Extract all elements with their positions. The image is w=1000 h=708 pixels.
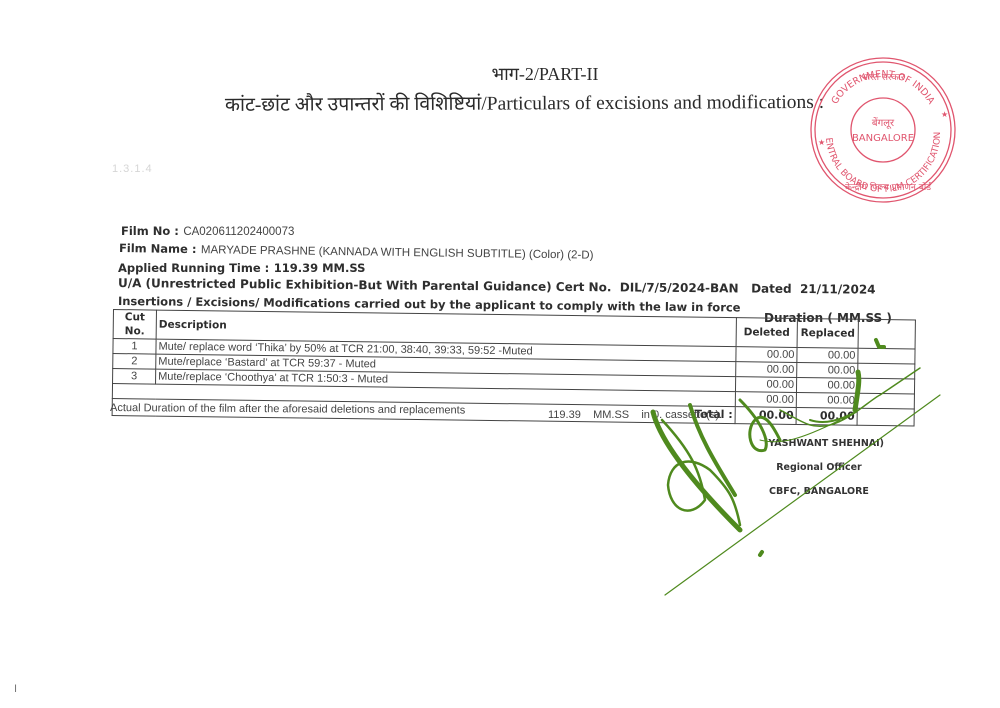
replaced: 00.00 — [796, 392, 857, 408]
certificate-category: U/A (Unrestricted Public Exhibition-But … — [118, 276, 552, 294]
film-no-line: Film No : CA020611202400073 — [121, 222, 294, 240]
stamp-center-hindi: बेंगलूर — [872, 117, 895, 129]
deleted: 00.00 — [736, 362, 797, 378]
header-deleted: Deleted — [736, 318, 797, 348]
cut-no: 3 — [113, 369, 156, 385]
extra-cell — [857, 408, 914, 426]
extra-cell — [857, 378, 914, 394]
signatory-block: (YASHWANT SHEHNAI) Regional Officer CBFC… — [764, 438, 874, 510]
official-stamp-icon: GOVERNMENT OF INDIA CENTRAL BOARD OF FIL… — [808, 55, 958, 205]
cert-no-value: DIL/7/5/2024-BAN — [620, 280, 739, 295]
extra-cell — [857, 393, 914, 409]
stamp-star-icon: ★ — [818, 138, 825, 147]
film-no-value: CA020611202400073 — [183, 226, 294, 238]
actual-duration-unit: MM.SS — [593, 409, 629, 421]
total-replaced: 00.00 — [796, 407, 857, 425]
signatory-name: (YASHWANT SHEHNAI) — [764, 438, 874, 462]
running-time-value: 119.39 MM.SS — [274, 261, 366, 275]
total-deleted: 00.00 — [735, 407, 796, 425]
film-name-label: Film Name : — [119, 241, 197, 256]
deleted: 00.00 — [735, 377, 796, 393]
header-replaced: Replaced — [797, 318, 858, 348]
extra-cell — [858, 363, 915, 379]
stamp-top-hindi: भारत सरकार — [861, 73, 904, 83]
stamp-bottom-hindi: केन्द्रीय फिल्म प्रमाणन बोर्ड — [845, 181, 932, 193]
replaced: 00.00 — [796, 377, 857, 393]
certificate-line: U/A (Unrestricted Public Exhibition-But … — [118, 276, 876, 297]
cut-no: 2 — [113, 354, 156, 370]
signatory-designation: Regional Officer — [764, 462, 874, 486]
cut-no: 1 — [113, 339, 156, 355]
dated-value: 21/11/2024 — [800, 282, 876, 297]
header-cut-no: Cut No. — [113, 310, 156, 340]
deleted: 00.00 — [735, 392, 796, 408]
film-no-label: Film No : — [121, 224, 179, 238]
faint-scan-mark: 1.3.1.4 — [112, 163, 153, 175]
replaced: 00.00 — [797, 362, 858, 378]
signatory-office: CBFC, BANGALORE — [764, 486, 874, 510]
dated-label: Dated — [751, 282, 792, 296]
running-time-line: Applied Running Time : 119.39 MM.SS — [118, 259, 365, 277]
extra-cell — [858, 319, 915, 349]
actual-duration-value-line: 119.39 MM.SS in 0. cassette(s). — [548, 409, 722, 421]
extra-cell — [858, 348, 915, 364]
cert-no-label: Cert No. — [556, 280, 612, 294]
edge-scan-mark: I — [14, 683, 17, 695]
replaced: 00.00 — [797, 347, 858, 363]
actual-duration-value: 119.39 — [548, 409, 581, 421]
running-time-label: Applied Running Time : — [118, 261, 269, 275]
main-heading: कांट-छांट और उपान्तरों की विशिष्टियां/Pa… — [225, 87, 824, 117]
actual-duration-suffix: in 0. cassette(s). — [641, 409, 722, 421]
stamp-center-english: BANGALORE — [852, 133, 914, 144]
stamp-star-icon: ★ — [941, 110, 948, 119]
actual-duration-label: Actual Duration of the film after the af… — [110, 402, 465, 416]
cut-no — [112, 384, 155, 400]
deleted: 00.00 — [736, 347, 797, 363]
